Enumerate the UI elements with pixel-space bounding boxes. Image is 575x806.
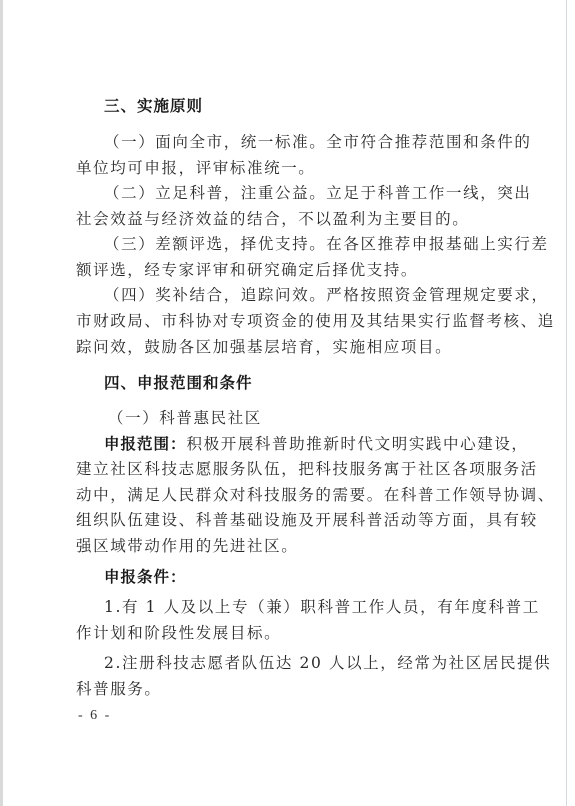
condition-line: 2.注册科技志愿者队伍达 20 人以上，经常为社区居民提供 — [104, 653, 511, 673]
paragraph-line: 动中，满足人民群众对科技服务的需要。在科普工作领导协调、 — [76, 485, 511, 505]
page-number: - 6 - — [78, 708, 111, 724]
scope-first-line: 申报范围： 积极开展科普助推新时代文明实践中心建设， — [104, 434, 511, 454]
paragraph-line: （三）差额评选，择优支持。在各区推荐申报基础上实行差 — [104, 234, 511, 254]
paragraph-line: 积极开展科普助推新时代文明实践中心建设， — [187, 434, 529, 454]
paragraph-line: 额评选，经专家评审和研究确定后择优支持。 — [76, 260, 511, 280]
condition-line: 1.有 1 人及以上专（兼）职科普工作人员，有年度科普工 — [104, 597, 511, 617]
paragraph-line: （四）奖补结合，追踪问效。严格按照资金管理规定要求， — [104, 285, 511, 305]
section-heading-principles: 三、实施原则 — [104, 96, 539, 116]
paragraph-line: 组织队伍建设、科普基础设施及开展科普活动等方面，具有较 — [76, 510, 511, 530]
paragraph-line: 社会效益与经济效益的结合，不以盈利为主要目的。 — [76, 209, 511, 229]
conditions-label: 申报条件： — [104, 567, 511, 587]
section-heading-scope: 四、申报范围和条件 — [104, 373, 539, 393]
condition-line: 科普服务。 — [76, 679, 511, 699]
paragraph-line: 单位均可申报，评审标准统一。 — [76, 158, 511, 178]
subsection-title: （一）科普惠民社区 — [108, 408, 543, 428]
paragraph-line: 踪问效，鼓励各区加强基层培育，实施相应项目。 — [76, 337, 511, 357]
paragraph-line: （一）面向全市，统一标准。全市符合推荐范围和条件的 — [104, 132, 511, 152]
page-right-border — [566, 0, 567, 806]
scope-label: 申报范围： — [104, 434, 187, 454]
page-left-edge — [0, 0, 3, 806]
paragraph-line: 强区域带动作用的先进社区。 — [76, 536, 511, 556]
paragraph-line: （二）立足科普，注重公益。立足于科普工作一线，突出 — [104, 183, 511, 203]
paragraph-line: 市财政局、市科协对专项资金的使用及其结果实行监督考核、追 — [76, 311, 511, 331]
paragraph-line: 建立社区科技志愿服务队伍，把科技服务寓于社区各项服务活 — [76, 459, 511, 479]
condition-line: 作计划和阶段性发展目标。 — [76, 623, 511, 643]
